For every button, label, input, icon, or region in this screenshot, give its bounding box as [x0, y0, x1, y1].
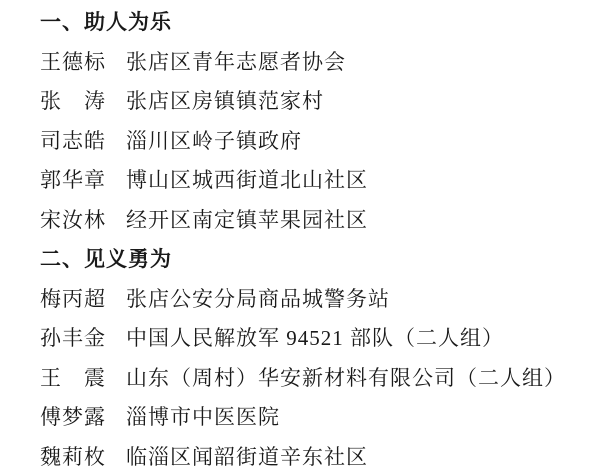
- organization: 临淄区闻韶街道辛东社区: [126, 445, 368, 469]
- entry-row: 宋汝林经开区南定镇苹果园社区: [40, 201, 598, 241]
- person-name: 王德标: [40, 43, 105, 83]
- organization: 博山区城西街道北山社区: [126, 168, 368, 192]
- entry-row: 司志皓淄川区岭子镇政府: [40, 122, 598, 162]
- organization: 张店公安分局商品城警务站: [126, 287, 390, 311]
- organization: 张店区青年志愿者协会: [126, 50, 346, 74]
- organization: 淄川区岭子镇政府: [126, 129, 302, 153]
- person-name: 郭华章: [40, 161, 105, 201]
- person-name: 宋汝林: [40, 201, 105, 241]
- document-body: 一、助人为乐王德标张店区青年志愿者协会张 涛张店区房镇镇范家村司志皓淄川区岭子镇…: [0, 0, 598, 476]
- entry-row: 孙丰金中国人民解放军 94521 部队（二人组）: [40, 319, 598, 359]
- entry-row: 王 震山东（周村）华安新材料有限公司（二人组）: [40, 359, 598, 399]
- entry-row: 王德标张店区青年志愿者协会: [40, 43, 598, 83]
- organization: 经开区南定镇苹果园社区: [126, 208, 368, 232]
- entry-row: 郭华章博山区城西街道北山社区: [40, 161, 598, 201]
- person-name: 孙丰金: [40, 319, 105, 359]
- organization: 张店区房镇镇范家村: [126, 89, 324, 113]
- entry-row: 梅丙超张店公安分局商品城警务站: [40, 280, 598, 320]
- entry-row: 魏莉枚临淄区闻韶街道辛东社区: [40, 438, 598, 476]
- person-name: 司志皓: [40, 122, 105, 162]
- organization: 淄博市中医医院: [126, 405, 280, 429]
- section-heading: 一、助人为乐: [40, 3, 598, 43]
- person-name: 梅丙超: [40, 280, 105, 320]
- entry-row: 傅梦露淄博市中医医院: [40, 398, 598, 438]
- person-name: 傅梦露: [40, 398, 105, 438]
- person-name: 王 震: [40, 359, 105, 399]
- organization: 中国人民解放军 94521 部队（二人组）: [126, 326, 504, 350]
- person-name: 张 涛: [40, 82, 105, 122]
- section-heading: 二、见义勇为: [40, 240, 598, 280]
- entry-row: 张 涛张店区房镇镇范家村: [40, 82, 598, 122]
- organization: 山东（周村）华安新材料有限公司（二人组）: [126, 366, 566, 390]
- person-name: 魏莉枚: [40, 438, 105, 476]
